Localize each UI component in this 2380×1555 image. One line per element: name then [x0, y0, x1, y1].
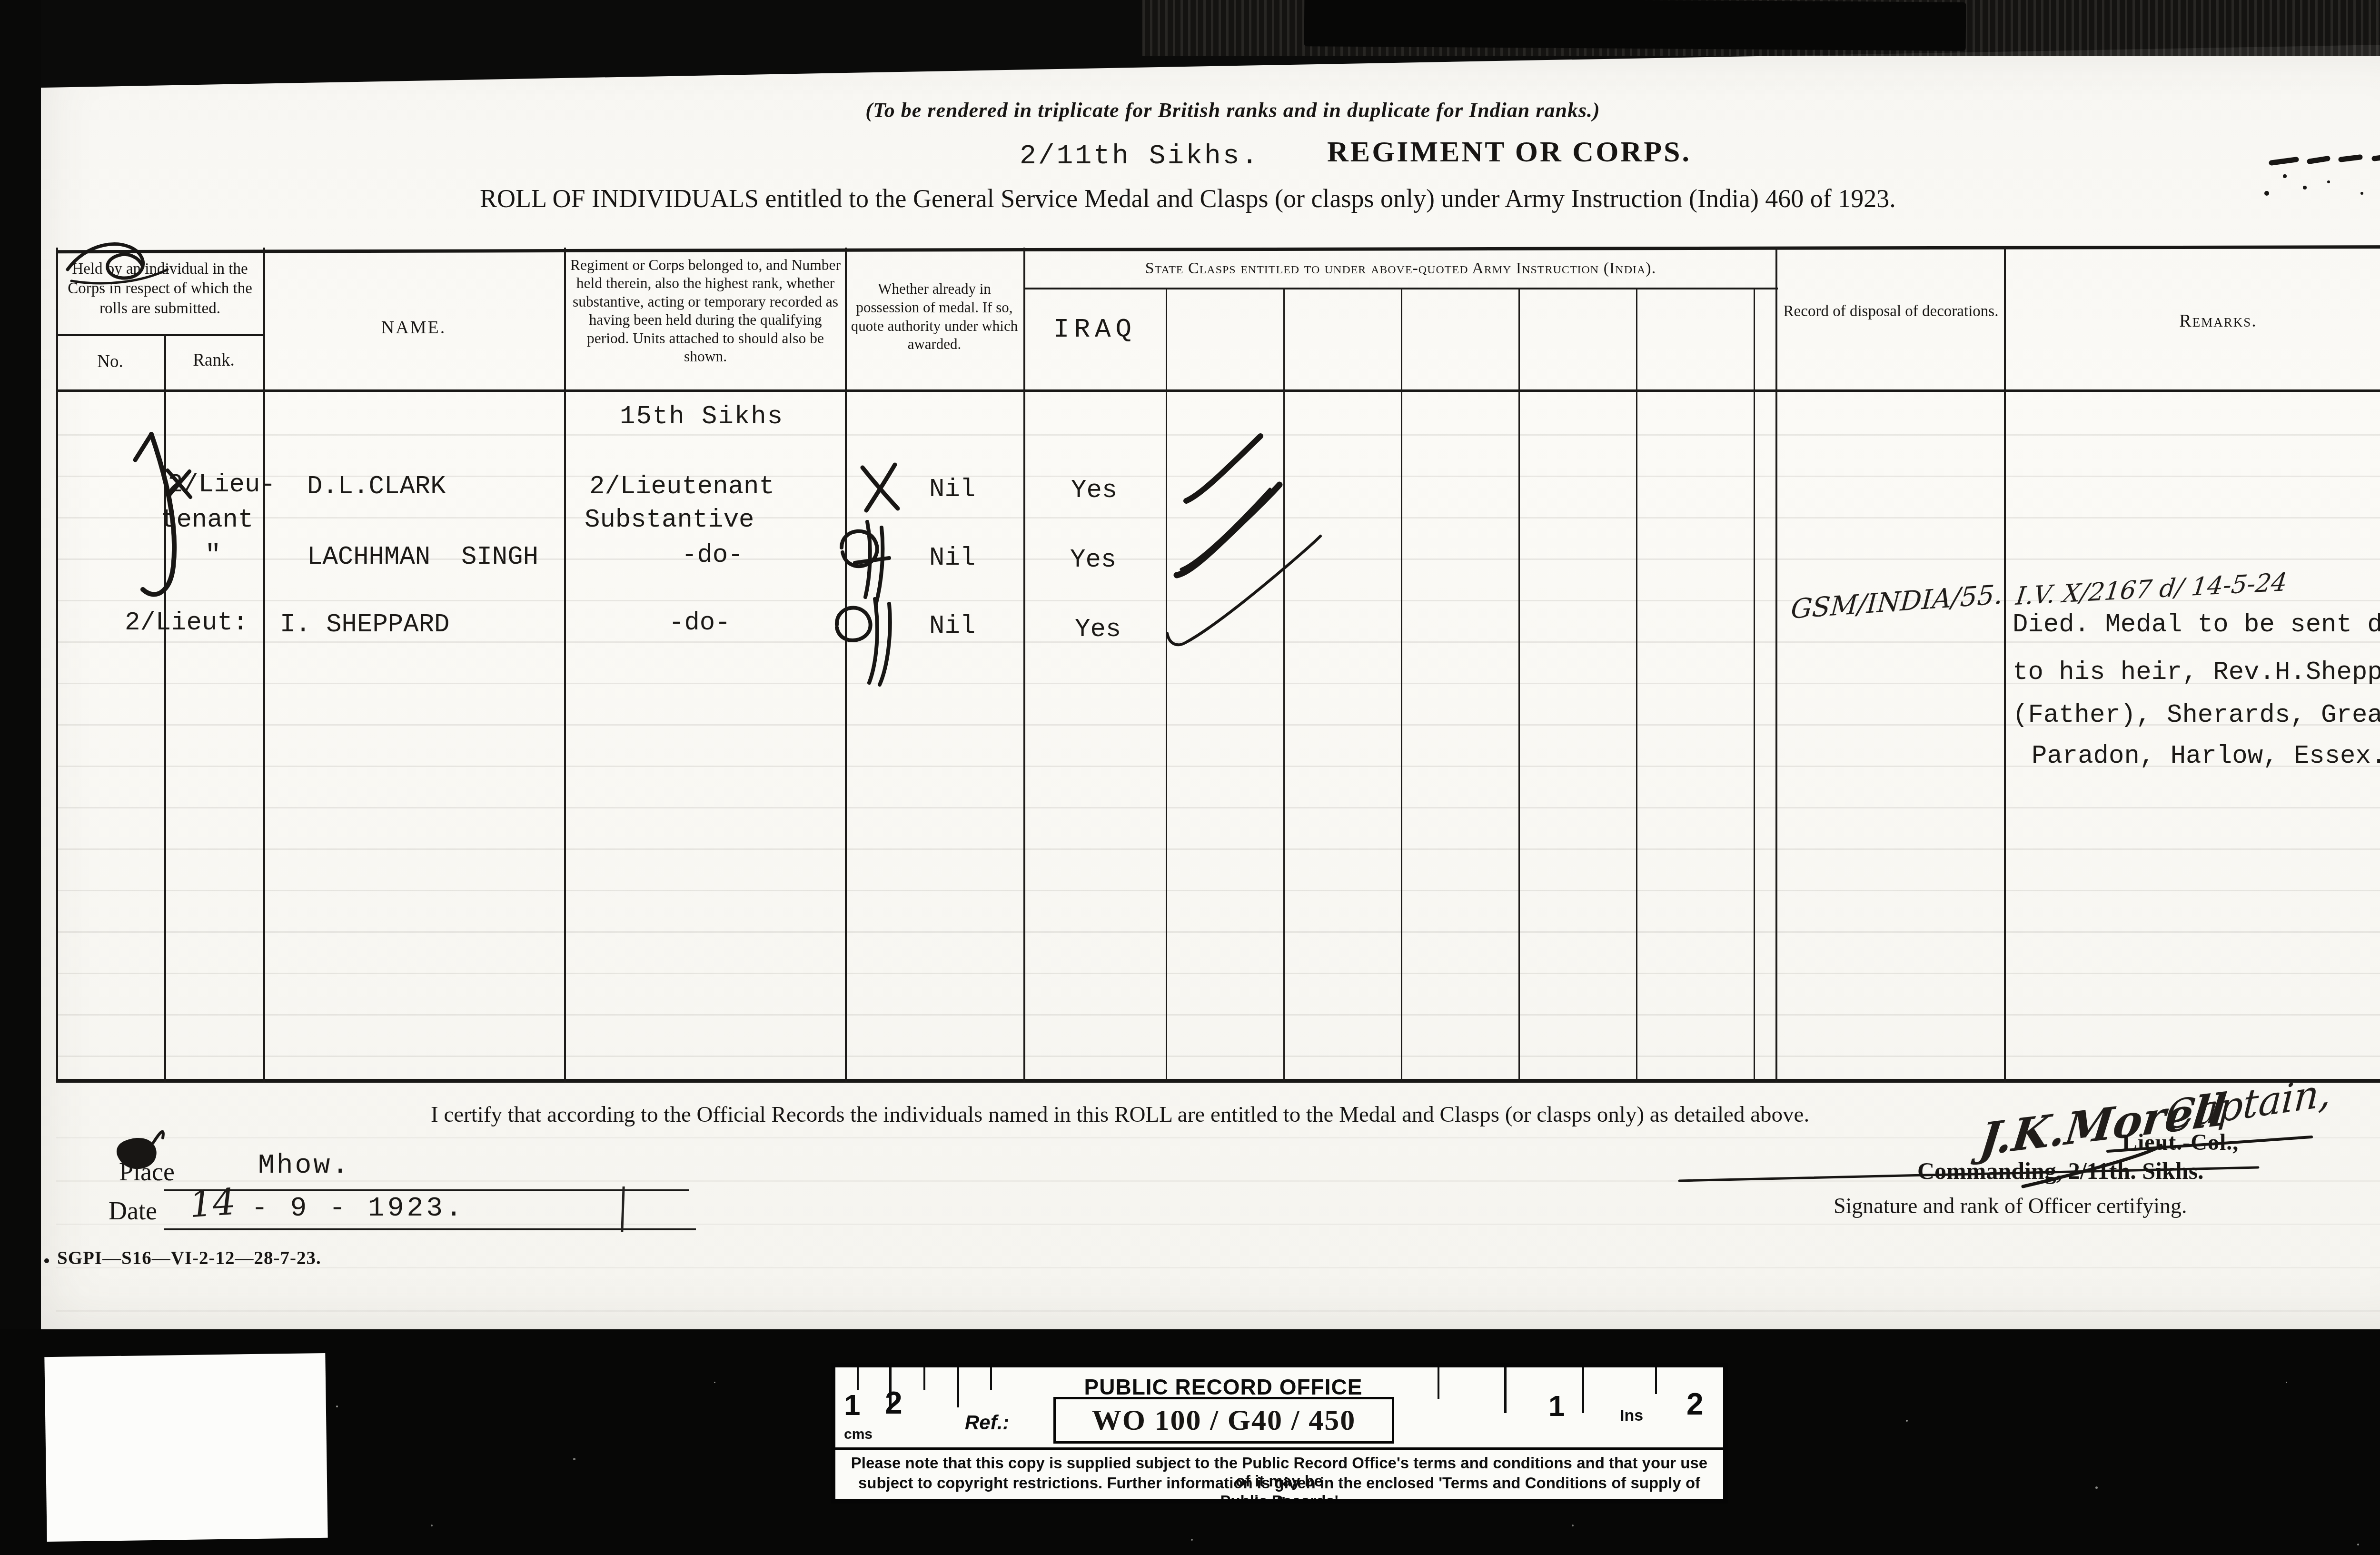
date-value: - 9 - 1923. [251, 1193, 465, 1224]
cell-remarks-row3-line3: (Father), Sherards, Great [2013, 701, 2380, 730]
ruler-tick [990, 1367, 992, 1390]
cell-possession-row2: Nil [929, 544, 975, 573]
divider-disposal-remarks [2004, 248, 2006, 1082]
col-header-remarks: Remarks. [2004, 310, 2380, 331]
ruler-tick [923, 1367, 925, 1390]
table-bottom-rule [56, 1079, 2380, 1083]
speckle [2357, 1544, 2359, 1545]
stamp-in-1: 1 [1548, 1389, 1565, 1423]
place-underline [164, 1189, 689, 1191]
clasp-divider-4 [1518, 289, 1520, 1081]
cell-regiment-row3: -do- [669, 608, 731, 638]
col-header-clasp-iraq: IRAQ [1023, 314, 1166, 345]
bottom-left-card [44, 1353, 327, 1542]
stamp-ref-label: Ref.: [965, 1411, 1009, 1434]
cell-remarks-row3-line4: Paradon, Harlow, Essex. [2032, 742, 2380, 771]
clasp-divider-5 [1636, 289, 1637, 1081]
col-header-no: No. [56, 351, 164, 372]
speckle [1191, 1539, 1193, 1541]
divider-no-rank [164, 334, 166, 1082]
cell-regiment-row1-line2: Substantive [585, 506, 754, 535]
ruler-tick [857, 1367, 859, 1390]
instruction-line: (To be rendered in triplicate for Britis… [743, 98, 1723, 122]
cell-rank-row1-line2: tenant [161, 506, 253, 535]
place-value: Mhow. [258, 1150, 350, 1181]
col-header-disposal: Record of disposal of decorations. [1778, 302, 2004, 321]
cell-name-row3: I. SHEPPARD [280, 610, 449, 639]
speckle [2095, 1486, 2098, 1489]
col-header-clasps-group: State Clasps entitled to under above-quo… [1023, 259, 1778, 278]
cell-iraq-row2: Yes [1070, 546, 1116, 575]
rank-printed-struck: Lieut.-Col., [2122, 1129, 2239, 1156]
clasp-divider-1 [1166, 289, 1167, 1081]
col-header-held-by: Held by an individual in the Corps in re… [58, 259, 262, 319]
commanding-struck: Commanding, 2/11th. Sikhs. [1917, 1157, 2204, 1185]
cell-iraq-row1: Yes [1071, 476, 1117, 505]
stamp-cms-label: cms [844, 1426, 873, 1443]
ruler-tick [1504, 1367, 1507, 1413]
cell-name-row2: LACHHMAN SINGH [307, 543, 538, 572]
speckle [431, 1525, 433, 1526]
unit-note: 15th Sikhs [620, 402, 783, 431]
stamp-ins-label: Ins [1620, 1406, 1643, 1425]
cell-possession-row1: Nil [929, 475, 975, 504]
col-header-regiment: Regiment or Corps belonged to, and Numbe… [568, 256, 843, 366]
certification-line: I certify that according to the Official… [431, 1102, 1809, 1127]
stamp-notice-line2: subject to copyright restrictions. Furth… [845, 1474, 1714, 1504]
cell-regiment-row1-line1: 2/Lieutenant [589, 472, 774, 501]
date-day-handwritten: 14 [188, 1180, 237, 1226]
place-label: Place [119, 1157, 175, 1186]
cell-iraq-row3: Yes [1075, 615, 1121, 644]
table-left-border [56, 248, 58, 1082]
cell-name-row1: D.L.CLARK [307, 472, 446, 501]
stamp-cm-1: 1 [844, 1388, 860, 1422]
stamp-reference: WO 100 / G40 / 450 [1056, 1399, 1392, 1441]
divider-regiment-possession [845, 248, 847, 1082]
signature-caption: Signature and rank of Officer certifying… [1834, 1193, 2187, 1218]
scan-top-blotch [1304, 0, 1966, 51]
stamp-office-title: PUBLIC RECORD OFFICE [1007, 1374, 1440, 1400]
roll-title: ROLL OF INDIVIDUALS entitled to the Gene… [480, 184, 1896, 213]
col-header-possession: Whether already in possession of medal. … [848, 280, 1021, 354]
divider-name-regiment [564, 248, 566, 1082]
speckle [573, 1458, 575, 1460]
date-label: Date [109, 1196, 157, 1226]
speckle [1906, 1420, 1908, 1422]
ruler-tick [1582, 1367, 1584, 1413]
no-rank-subrule [56, 334, 265, 336]
clasp-divider-6 [1754, 289, 1755, 1081]
document-scan: (To be rendered in triplicate for Britis… [0, 0, 2380, 1555]
speckle [1572, 1525, 1574, 1526]
speckle [714, 1382, 715, 1383]
col-header-rank: Rank. [164, 350, 263, 370]
ruler-tick [1655, 1367, 1657, 1394]
date-underline [164, 1228, 696, 1230]
regiment-corps-label: REGIMENT OR CORPS. [1327, 135, 1691, 169]
cell-possession-row3: Nil [929, 612, 975, 641]
cell-remarks-row3-line1: Died. Medal to be sent direct [2013, 610, 2380, 639]
clasp-divider-3 [1401, 289, 1402, 1081]
scan-left-strip [0, 0, 41, 1555]
cell-rank-row3: 2/Lieut: [125, 608, 248, 638]
pro-stamp: 1 2 cms 1 Ins 2 PUBLIC RECORD OFFICE Ref… [831, 1363, 1728, 1504]
divider-clasps-disposal [1775, 248, 1777, 1082]
cell-rank-row2-ditto: " [205, 540, 221, 571]
stamp-in-2: 2 [1686, 1386, 1704, 1422]
cell-rank-row1-line1: 2/Lieu- [168, 470, 276, 499]
cell-remarks-row3-line2: to his heir, Rev.H.Sheppard [2013, 658, 2380, 687]
header-bottom-rule [56, 389, 2380, 392]
clasp-divider-2 [1283, 289, 1285, 1081]
divider-rank-name [263, 248, 265, 1082]
stamp-notice-line3: leaflet. [845, 1494, 1714, 1504]
speckle [336, 1405, 338, 1407]
form-code: SGPI—S16—VI-2-12—28-7-23. [57, 1247, 321, 1269]
unit-name: 2/11th Sikhs. [1020, 141, 1259, 172]
stamp-separator [835, 1447, 1723, 1450]
stamp-cm-2: 2 [885, 1385, 902, 1421]
speckle [2286, 1382, 2287, 1383]
stamp-ref-box: WO 100 / G40 / 450 [1053, 1397, 1394, 1444]
cell-regiment-row2: -do- [682, 541, 744, 570]
col-header-name: NAME. [263, 317, 564, 338]
ruler-tick [957, 1367, 959, 1407]
divider-possession-clasps [1023, 248, 1025, 1082]
